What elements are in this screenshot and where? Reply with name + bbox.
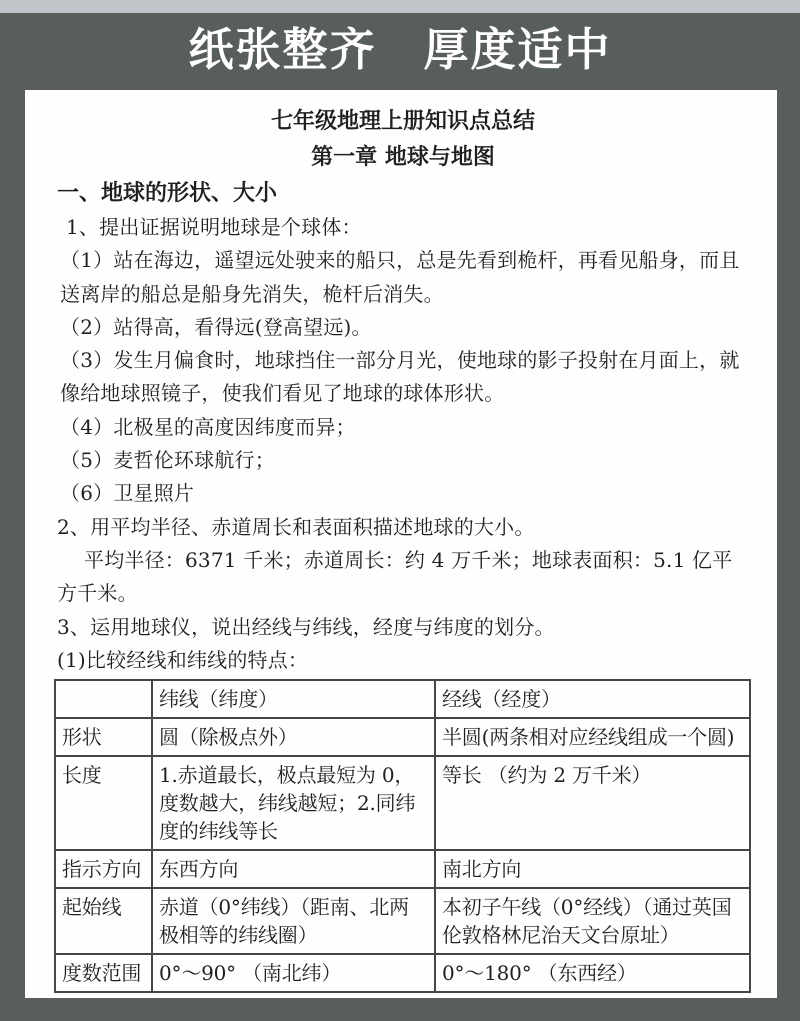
longitude-cell: 半圆(两条相对应经线组成一个圆): [435, 718, 750, 756]
section-heading: 一、地球的形状、大小: [57, 175, 749, 211]
banner: 纸张整齐 厚度适中: [0, 13, 800, 90]
longitude-cell: 南北方向: [435, 850, 750, 888]
paragraph-size-intro: 2、用平均半径、赤道周长和表面积描述地球的大小。: [57, 511, 749, 544]
paragraph-table-caption: (1)比较经线和纬线的特点：: [57, 644, 749, 677]
row-label: 指示方向: [55, 850, 152, 888]
paragraph-evidence-3: （3）发生月偏食时，地球挡住一部分月光，使地球的影子投射在月面上，就像给地球照镜…: [57, 344, 749, 411]
longitude-cell: 本初子午线（0°经线）（通过英国伦敦格林尼治天文台原址）: [435, 888, 750, 954]
table-header-row: 纬线（纬度） 经线（经度）: [55, 680, 750, 718]
header-cell-latitude: 纬线（纬度）: [152, 680, 435, 718]
doc-title: 七年级地理上册知识点总结: [57, 103, 749, 139]
latitude-cell: 圆（除极点外）: [152, 718, 435, 756]
paragraph-size-values: 平均半径：6371 千米；赤道周长：约 4 万千米；地球表面积：5.1 亿平方千…: [57, 544, 749, 611]
longitude-cell: 0°～180° （东西经）: [435, 954, 750, 992]
paragraph-evidence-4: （4）北极星的高度因纬度而异；: [57, 411, 749, 444]
banner-title: 纸张整齐 厚度适中: [188, 27, 611, 76]
screenshot-root: 纸张整齐 厚度适中 七年级地理上册知识点总结 第一章 地球与地图 一、地球的形状…: [0, 0, 800, 998]
document-page: 七年级地理上册知识点总结 第一章 地球与地图 一、地球的形状、大小 1、提出证据…: [25, 90, 777, 998]
header-cell-empty: [55, 680, 152, 718]
latitude-cell: 东西方向: [152, 850, 435, 888]
table-row-direction: 指示方向 东西方向 南北方向: [55, 850, 750, 888]
row-label: 长度: [55, 756, 152, 850]
top-strip: [0, 0, 800, 13]
paragraph-evidence-1: （1）站在海边，遥望远处驶来的船只，总是先看到桅杆，再看见船身，而且送离岸的船总…: [57, 244, 749, 311]
paragraph-evidence-2: （2）站得高，看得远(登高望远)。: [57, 311, 749, 344]
latitude-cell: 赤道（0°纬线）（距南、北两极相等的纬线圈）: [152, 888, 435, 954]
doc-chapter: 第一章 地球与地图: [57, 139, 749, 175]
paragraph-evidence-5: （5）麦哲伦环球航行；: [57, 444, 749, 477]
latitude-cell: 1.赤道最长，极点最短为 0，度数越大，纬线越短；2.同纬度的纬线等长: [152, 756, 435, 850]
row-label: 起始线: [55, 888, 152, 954]
longitude-cell: 等长 （约为 2 万千米）: [435, 756, 750, 850]
header-cell-longitude: 经线（经度）: [435, 680, 750, 718]
row-label: 度数范围: [55, 954, 152, 992]
row-label: 形状: [55, 718, 152, 756]
table-row-origin-line: 起始线 赤道（0°纬线）（距南、北两极相等的纬线圈） 本初子午线（0°经线）（通…: [55, 888, 750, 954]
latitude-cell: 0°～90° （南北纬）: [152, 954, 435, 992]
latitude-longitude-table: 纬线（纬度） 经线（经度） 形状 圆（除极点外） 半圆(两条相对应经线组成一个圆…: [54, 679, 751, 993]
table-row-length: 长度 1.赤道最长，极点最短为 0，度数越大，纬线越短；2.同纬度的纬线等长 等…: [55, 756, 750, 850]
paragraph-evidence-6: （6）卫星照片: [57, 477, 749, 510]
paragraph-globe-intro: 3、运用地球仪，说出经线与纬线，经度与纬度的划分。: [57, 611, 749, 644]
paragraph-evidence-intro: 1、提出证据说明地球是个球体：: [57, 211, 749, 244]
table-row-degree-range: 度数范围 0°～90° （南北纬） 0°～180° （东西经）: [55, 954, 750, 992]
table-row-shape: 形状 圆（除极点外） 半圆(两条相对应经线组成一个圆): [55, 718, 750, 756]
